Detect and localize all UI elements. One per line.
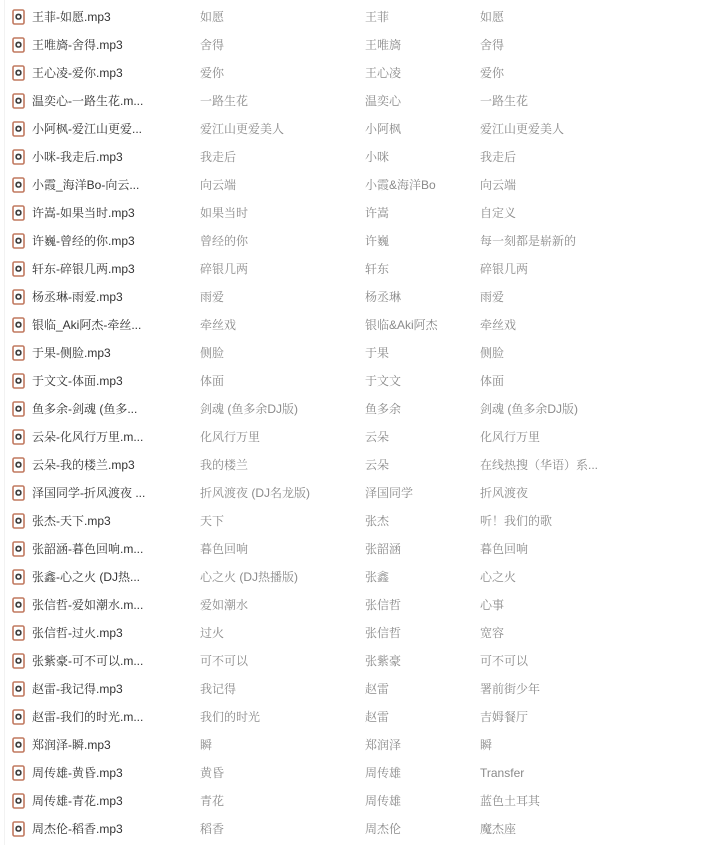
artist-name: 周传雄 (365, 759, 480, 787)
file-name: 于文文-体面.mp3 (32, 367, 200, 395)
song-title: 瞬 (200, 731, 365, 759)
file-row[interactable]: 小咪-我走后.mp3 我走后 小咪 我走后 (0, 143, 721, 171)
artist-name: 郑润泽 (365, 731, 480, 759)
file-name: 于果-侧脸.mp3 (32, 339, 200, 367)
album-name: 爱江山更爱美人 (480, 115, 721, 143)
artist-name: 王菲 (365, 3, 480, 31)
album-name: 舍得 (480, 31, 721, 59)
file-name: 王心凌-爱你.mp3 (32, 59, 200, 87)
album-name: 瞬 (480, 731, 721, 759)
file-row[interactable]: 张信哲-过火.mp3 过火 张信哲 宽容 (0, 619, 721, 647)
file-name: 轩东-碎银几两.mp3 (32, 255, 200, 283)
song-title: 爱你 (200, 59, 365, 87)
audio-file-icon (12, 765, 32, 781)
song-title: 我们的时光 (200, 703, 365, 731)
file-name: 银临_Aki阿杰-牵丝... (32, 311, 200, 339)
song-title: 体面 (200, 367, 365, 395)
artist-name: 小咪 (365, 143, 480, 171)
artist-name: 张紫豪 (365, 647, 480, 675)
file-name: 赵雷-我们的时光.m... (32, 703, 200, 731)
file-list: 王菲-如愿.mp3 如愿 王菲 如愿 王唯旖-舍得.mp3 舍得 王唯旖 舍得 … (0, 3, 721, 843)
audio-file-icon (12, 373, 32, 389)
file-name: 周杰伦-稻香.mp3 (32, 815, 200, 843)
song-title: 过火 (200, 619, 365, 647)
file-name: 云朵-化风行万里.m... (32, 423, 200, 451)
artist-name: 张信哲 (365, 591, 480, 619)
file-name: 许巍-曾经的你.mp3 (32, 227, 200, 255)
album-name: 如愿 (480, 3, 721, 31)
file-row[interactable]: 云朵-我的楼兰.mp3 我的楼兰 云朵 在线热搜（华语）系... (0, 451, 721, 479)
file-name: 泽国同学-折风渡夜 ... (32, 479, 200, 507)
album-name: 向云端 (480, 171, 721, 199)
artist-name: 张杰 (365, 507, 480, 535)
audio-file-icon (12, 345, 32, 361)
file-name: 小咪-我走后.mp3 (32, 143, 200, 171)
artist-name: 张鑫 (365, 563, 480, 591)
album-name: 剑魂 (鱼多余DJ版) (480, 395, 721, 423)
file-row[interactable]: 许巍-曾经的你.mp3 曾经的你 许巍 每一刻都是崭新的 (0, 227, 721, 255)
file-row[interactable]: 泽国同学-折风渡夜 ... 折风渡夜 (DJ名龙版) 泽国同学 折风渡夜 (0, 479, 721, 507)
file-row[interactable]: 郑润泽-瞬.mp3 瞬 郑润泽 瞬 (0, 731, 721, 759)
song-title: 化风行万里 (200, 423, 365, 451)
file-name: 小霞_海洋Bo-向云... (32, 171, 200, 199)
album-name: 暮色回响 (480, 535, 721, 563)
file-row[interactable]: 银临_Aki阿杰-牵丝... 牵丝戏 银临&Aki阿杰 牵丝戏 (0, 311, 721, 339)
artist-name: 张信哲 (365, 619, 480, 647)
file-name: 王菲-如愿.mp3 (32, 3, 200, 31)
artist-name: 杨丞琳 (365, 283, 480, 311)
album-name: 牵丝戏 (480, 311, 721, 339)
file-row[interactable]: 张紫豪-可不可以.m... 可不可以 张紫豪 可不可以 (0, 647, 721, 675)
file-name: 周传雄-黄昏.mp3 (32, 759, 200, 787)
album-name: 蓝色土耳其 (480, 787, 721, 815)
album-name: 自定义 (480, 199, 721, 227)
album-name: 吉姆餐厅 (480, 703, 721, 731)
audio-file-icon (12, 317, 32, 333)
album-name: 化风行万里 (480, 423, 721, 451)
file-name: 赵雷-我记得.mp3 (32, 675, 200, 703)
album-name: 宽容 (480, 619, 721, 647)
audio-file-icon (12, 653, 32, 669)
song-title: 向云端 (200, 171, 365, 199)
file-row[interactable]: 小阿枫-爱江山更爱... 爱江山更爱美人 小阿枫 爱江山更爱美人 (0, 115, 721, 143)
music-file-list-panel: 王菲-如愿.mp3 如愿 王菲 如愿 王唯旖-舍得.mp3 舍得 王唯旖 舍得 … (0, 0, 721, 845)
album-name: 署前街少年 (480, 675, 721, 703)
file-row[interactable]: 王菲-如愿.mp3 如愿 王菲 如愿 (0, 3, 721, 31)
audio-file-icon (12, 737, 32, 753)
artist-name: 许巍 (365, 227, 480, 255)
audio-file-icon (12, 429, 32, 445)
album-name: 碎银几两 (480, 255, 721, 283)
audio-file-icon (12, 261, 32, 277)
artist-name: 许嵩 (365, 199, 480, 227)
album-name: 我走后 (480, 143, 721, 171)
album-name: 侧脸 (480, 339, 721, 367)
album-name: 听！我们的歌 (480, 507, 721, 535)
artist-name: 周杰伦 (365, 815, 480, 843)
audio-file-icon (12, 9, 32, 25)
album-name: 体面 (480, 367, 721, 395)
song-title: 青花 (200, 787, 365, 815)
file-row[interactable]: 赵雷-我们的时光.m... 我们的时光 赵雷 吉姆餐厅 (0, 703, 721, 731)
file-name: 张紫豪-可不可以.m... (32, 647, 200, 675)
audio-file-icon (12, 177, 32, 193)
song-title: 如愿 (200, 3, 365, 31)
audio-file-icon (12, 793, 32, 809)
artist-name: 泽国同学 (365, 479, 480, 507)
audio-file-icon (12, 149, 32, 165)
artist-name: 小阿枫 (365, 115, 480, 143)
album-name: 心之火 (480, 563, 721, 591)
audio-file-icon (12, 821, 32, 837)
file-row[interactable]: 周传雄-青花.mp3 青花 周传雄 蓝色土耳其 (0, 787, 721, 815)
artist-name: 赵雷 (365, 703, 480, 731)
file-name: 周传雄-青花.mp3 (32, 787, 200, 815)
song-title: 爱如潮水 (200, 591, 365, 619)
file-row[interactable]: 周传雄-黄昏.mp3 黄昏 周传雄 Transfer (0, 759, 721, 787)
audio-file-icon (12, 65, 32, 81)
file-name: 杨丞琳-雨爱.mp3 (32, 283, 200, 311)
album-name: 雨爱 (480, 283, 721, 311)
song-title: 曾经的你 (200, 227, 365, 255)
album-name: 爱你 (480, 59, 721, 87)
file-row[interactable]: 许嵩-如果当时.mp3 如果当时 许嵩 自定义 (0, 199, 721, 227)
audio-file-icon (12, 569, 32, 585)
file-row[interactable]: 赵雷-我记得.mp3 我记得 赵雷 署前街少年 (0, 675, 721, 703)
audio-file-icon (12, 541, 32, 557)
artist-name: 周传雄 (365, 787, 480, 815)
file-row[interactable]: 周杰伦-稻香.mp3 稻香 周杰伦 魔杰座 (0, 815, 721, 843)
file-row[interactable]: 张杰-天下.mp3 天下 张杰 听！我们的歌 (0, 507, 721, 535)
file-name: 温奕心-一路生花.m... (32, 87, 200, 115)
file-row[interactable]: 轩东-碎银几两.mp3 碎银几两 轩东 碎银几两 (0, 255, 721, 283)
song-title: 折风渡夜 (DJ名龙版) (200, 479, 365, 507)
audio-file-icon (12, 401, 32, 417)
song-title: 剑魂 (鱼多余DJ版) (200, 395, 365, 423)
audio-file-icon (12, 233, 32, 249)
file-row[interactable]: 张鑫-心之火 (DJ热... 心之火 (DJ热播版) 张鑫 心之火 (0, 563, 721, 591)
file-row[interactable]: 小霞_海洋Bo-向云... 向云端 小霞&海洋Bo 向云端 (0, 171, 721, 199)
artist-name: 小霞&海洋Bo (365, 171, 480, 199)
song-title: 天下 (200, 507, 365, 535)
song-title: 爱江山更爱美人 (200, 115, 365, 143)
album-name: 一路生花 (480, 87, 721, 115)
file-name: 张信哲-爱如潮水.m... (32, 591, 200, 619)
file-name: 张杰-天下.mp3 (32, 507, 200, 535)
audio-file-icon (12, 709, 32, 725)
file-name: 张鑫-心之火 (DJ热... (32, 563, 200, 591)
file-name: 郑润泽-瞬.mp3 (32, 731, 200, 759)
audio-file-icon (12, 205, 32, 221)
audio-file-icon (12, 289, 32, 305)
file-row[interactable]: 杨丞琳-雨爱.mp3 雨爱 杨丞琳 雨爱 (0, 283, 721, 311)
audio-file-icon (12, 93, 32, 109)
audio-file-icon (12, 457, 32, 473)
file-name: 云朵-我的楼兰.mp3 (32, 451, 200, 479)
file-name: 张信哲-过火.mp3 (32, 619, 200, 647)
file-row[interactable]: 于文文-体面.mp3 体面 于文文 体面 (0, 367, 721, 395)
artist-name: 云朵 (365, 423, 480, 451)
album-name: 在线热搜（华语）系... (480, 451, 721, 479)
song-title: 侧脸 (200, 339, 365, 367)
album-name: 可不可以 (480, 647, 721, 675)
file-row[interactable]: 张信哲-爱如潮水.m... 爱如潮水 张信哲 心事 (0, 591, 721, 619)
artist-name: 赵雷 (365, 675, 480, 703)
song-title: 黄昏 (200, 759, 365, 787)
song-title: 我的楼兰 (200, 451, 365, 479)
file-name: 王唯旖-舍得.mp3 (32, 31, 200, 59)
audio-file-icon (12, 681, 32, 697)
artist-name: 张韶涵 (365, 535, 480, 563)
file-name: 张韶涵-暮色回响.m... (32, 535, 200, 563)
artist-name: 轩东 (365, 255, 480, 283)
artist-name: 王唯旖 (365, 31, 480, 59)
audio-file-icon (12, 513, 32, 529)
song-title: 我记得 (200, 675, 365, 703)
song-title: 如果当时 (200, 199, 365, 227)
artist-name: 温奕心 (365, 87, 480, 115)
song-title: 稻香 (200, 815, 365, 843)
album-name: 心事 (480, 591, 721, 619)
song-title: 我走后 (200, 143, 365, 171)
artist-name: 银临&Aki阿杰 (365, 311, 480, 339)
artist-name: 王心凌 (365, 59, 480, 87)
audio-file-icon (12, 625, 32, 641)
song-title: 碎银几两 (200, 255, 365, 283)
album-name: 魔杰座 (480, 815, 721, 843)
file-name: 鱼多余-剑魂 (鱼多... (32, 395, 200, 423)
audio-file-icon (12, 121, 32, 137)
file-row[interactable]: 张韶涵-暮色回响.m... 暮色回响 张韶涵 暮色回响 (0, 535, 721, 563)
song-title: 心之火 (DJ热播版) (200, 563, 365, 591)
album-name: Transfer (480, 759, 721, 787)
file-row[interactable]: 王唯旖-舍得.mp3 舍得 王唯旖 舍得 (0, 31, 721, 59)
song-title: 可不可以 (200, 647, 365, 675)
artist-name: 鱼多余 (365, 395, 480, 423)
audio-file-icon (12, 597, 32, 613)
song-title: 雨爱 (200, 283, 365, 311)
song-title: 牵丝戏 (200, 311, 365, 339)
song-title: 一路生花 (200, 87, 365, 115)
album-name: 折风渡夜 (480, 479, 721, 507)
file-row[interactable]: 温奕心-一路生花.m... 一路生花 温奕心 一路生花 (0, 87, 721, 115)
song-title: 暮色回响 (200, 535, 365, 563)
artist-name: 于果 (365, 339, 480, 367)
album-name: 每一刻都是崭新的 (480, 227, 721, 255)
file-row[interactable]: 云朵-化风行万里.m... 化风行万里 云朵 化风行万里 (0, 423, 721, 451)
file-row[interactable]: 于果-侧脸.mp3 侧脸 于果 侧脸 (0, 339, 721, 367)
file-row[interactable]: 王心凌-爱你.mp3 爱你 王心凌 爱你 (0, 59, 721, 87)
artist-name: 云朵 (365, 451, 480, 479)
audio-file-icon (12, 37, 32, 53)
file-name: 许嵩-如果当时.mp3 (32, 199, 200, 227)
file-name: 小阿枫-爱江山更爱... (32, 115, 200, 143)
file-row[interactable]: 鱼多余-剑魂 (鱼多... 剑魂 (鱼多余DJ版) 鱼多余 剑魂 (鱼多余DJ版… (0, 395, 721, 423)
artist-name: 于文文 (365, 367, 480, 395)
song-title: 舍得 (200, 31, 365, 59)
audio-file-icon (12, 485, 32, 501)
